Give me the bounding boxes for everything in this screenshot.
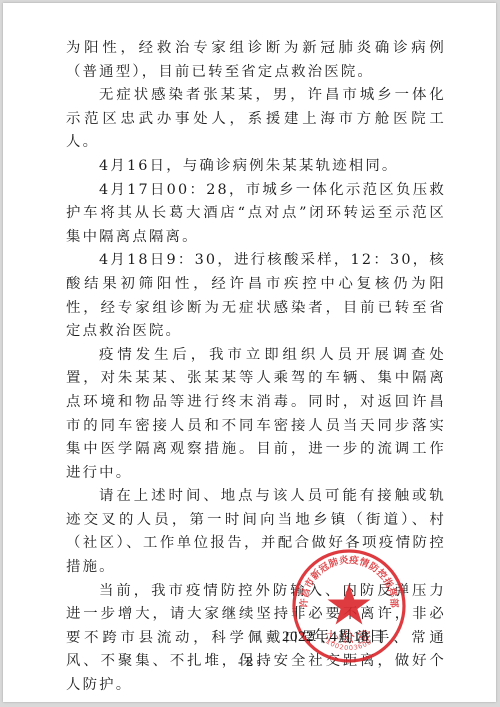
official-seal: 许昌市新冠肺炎疫情防控指挥部 办公室 1002003600 <box>291 548 407 664</box>
paragraph: 4月18日9：30，进行核酸采样，12：30，核酸结果初筛阳性，经许昌市疾控中心… <box>66 249 446 343</box>
paragraph: 4月16日，与确诊病例朱某某轨迹相同。 <box>66 155 446 179</box>
document-page: 为阳性，经救治专家组诊断为新冠肺炎确诊病例（普通型），目前已转至省定点救治医院。… <box>3 3 496 702</box>
page-number: - 2 - <box>3 655 496 671</box>
star-icon <box>328 584 371 625</box>
paragraph: 为阳性，经救治专家组诊断为新冠肺炎确诊病例（普通型），目前已转至省定点救治医院。 <box>66 37 446 84</box>
paragraph: 无症状感染者张某某，男，许昌市城乡一体化示范区忠武办事处人，系援建上海市方舱医院… <box>66 84 446 155</box>
paragraph: 疫情发生后，我市立即组织人员开展调查处置，对朱某某、张某某等人乘驾的车辆、集中隔… <box>66 344 446 486</box>
paragraph: 4月17日00：28，市城乡一体化示范区负压救护车将其从长葛大酒店“点对点”闭环… <box>66 179 446 250</box>
document-date: 2022年4月18日 <box>282 625 385 646</box>
